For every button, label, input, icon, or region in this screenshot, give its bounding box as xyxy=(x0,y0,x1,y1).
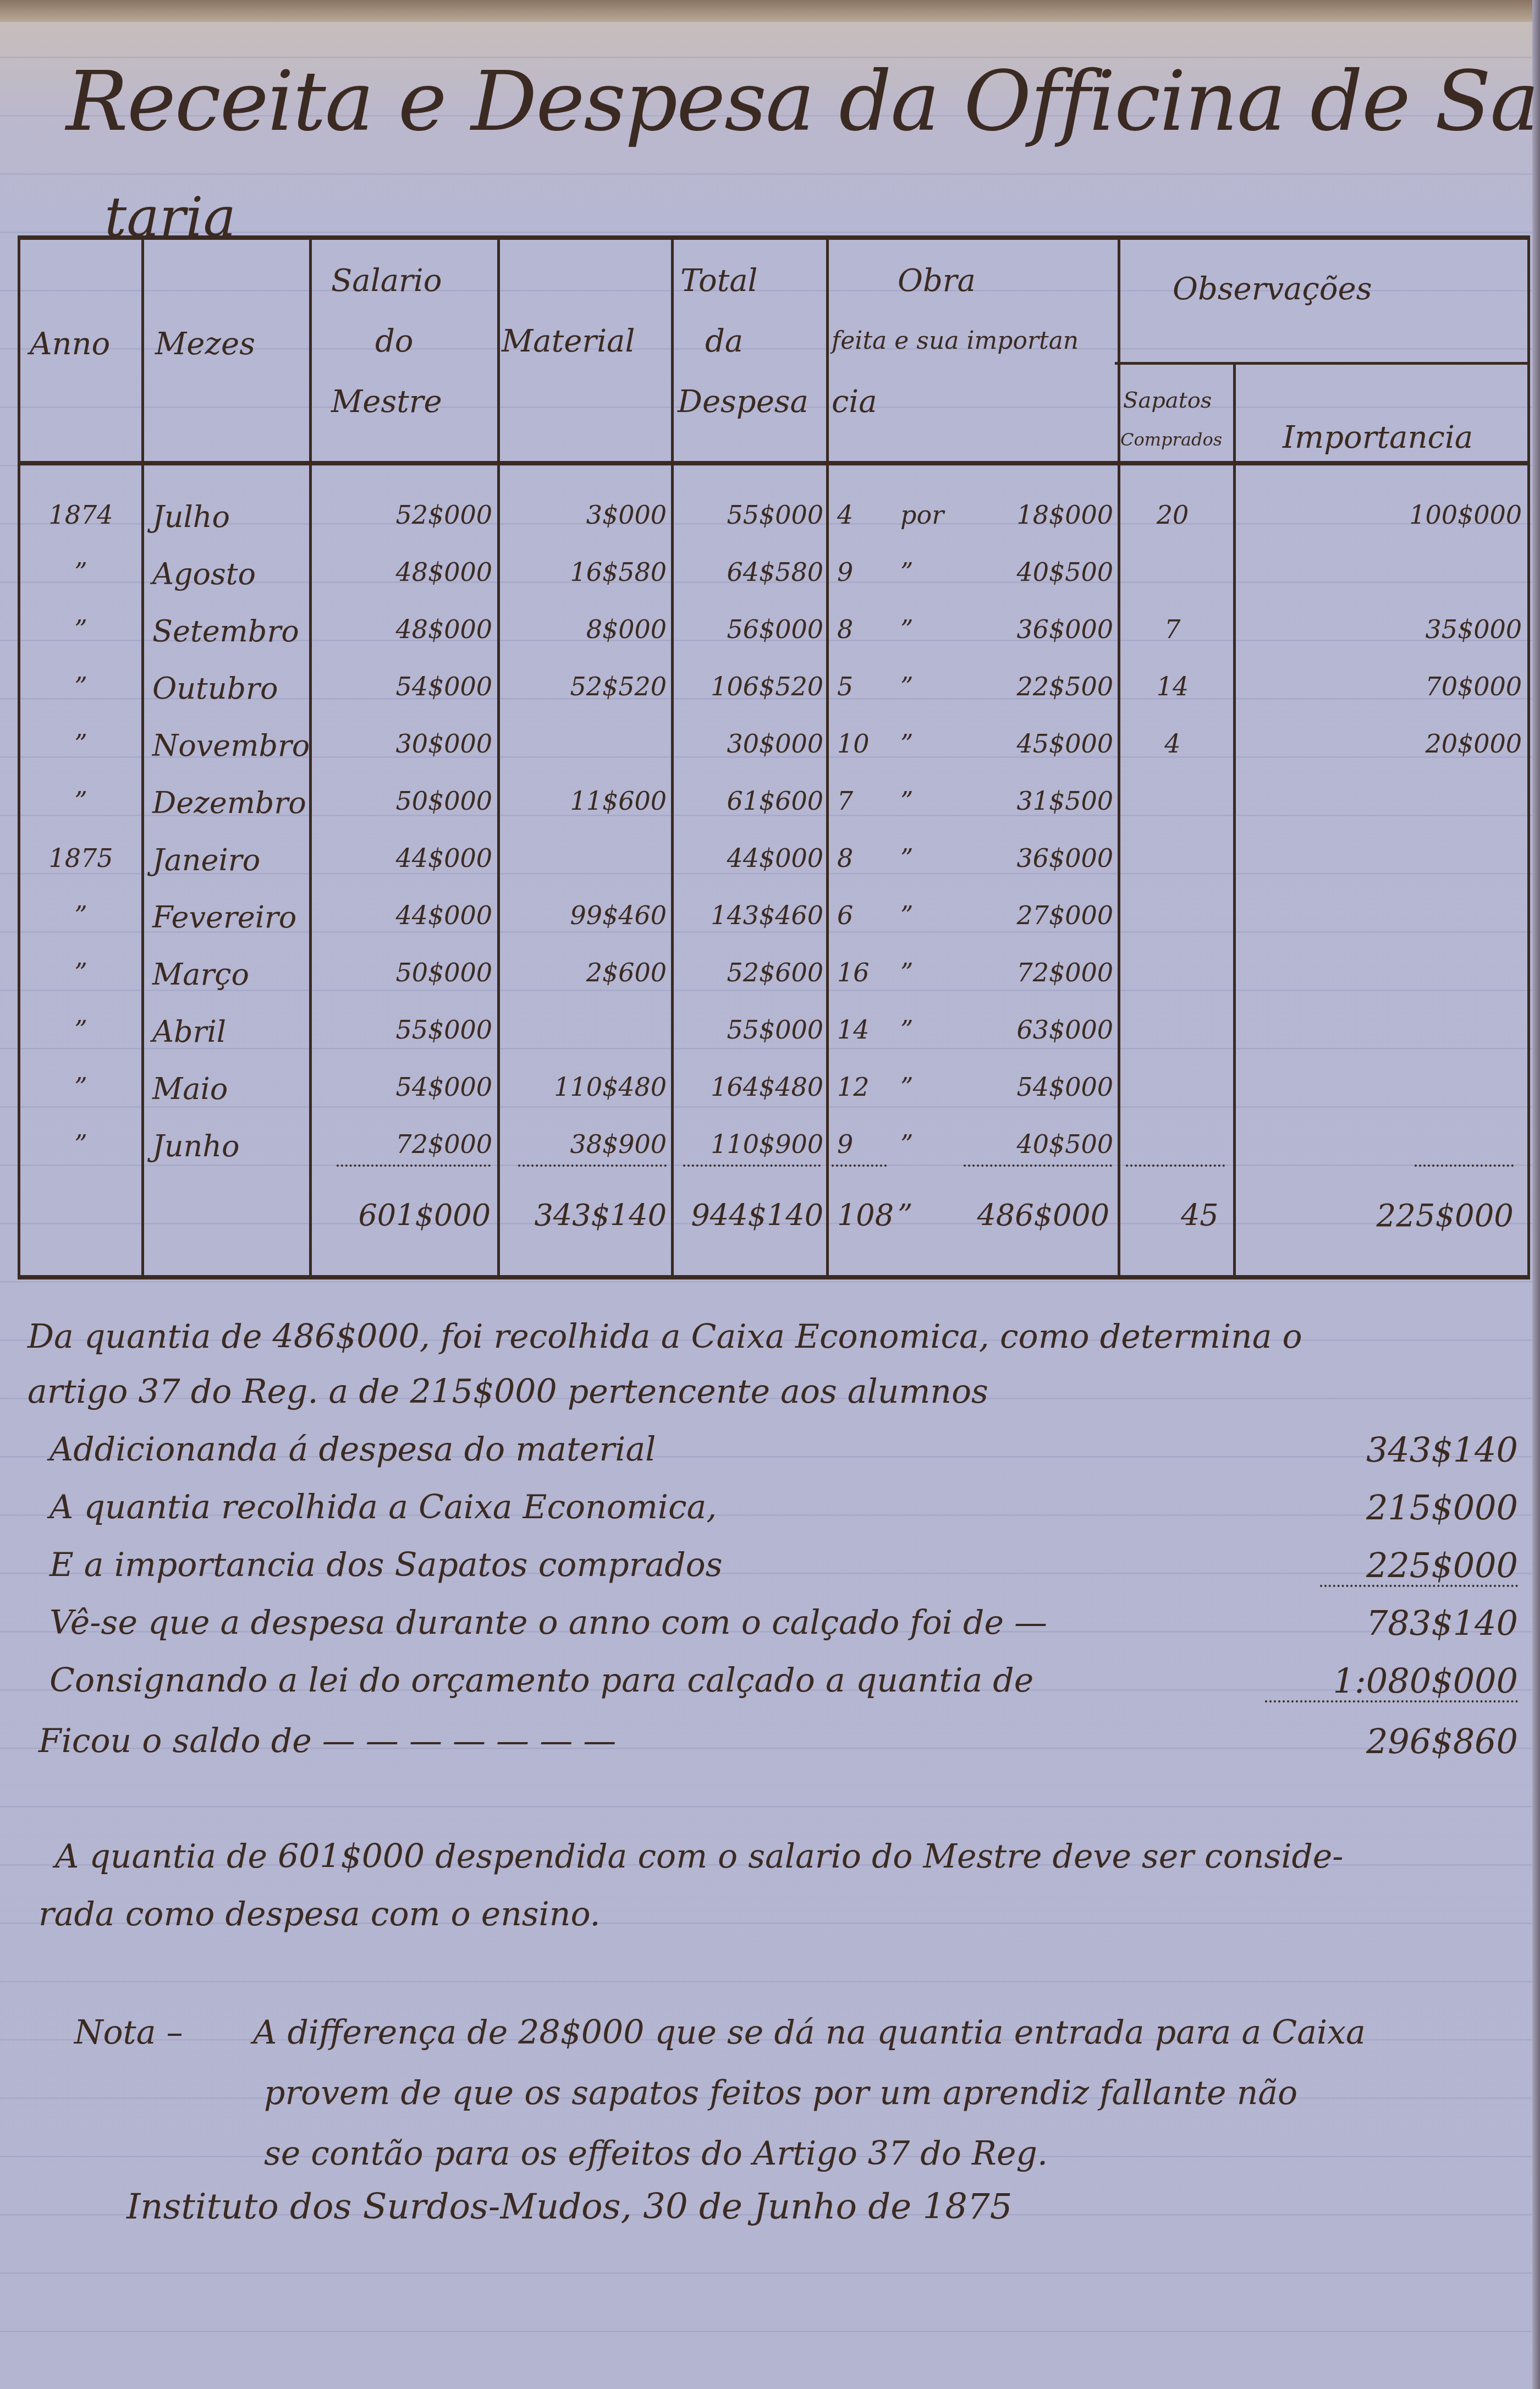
salary-note-line1: A quantia de 601$000 despendida com o sa… xyxy=(55,1840,1344,1873)
cell-obra-qtd: 10 xyxy=(837,731,881,756)
col-rule xyxy=(826,235,829,1278)
cell-material: 38$900 xyxy=(502,1132,667,1157)
cell-salario: 52$000 xyxy=(317,502,492,528)
signature-place-date: Instituto dos Surdos-Mudos, 30 de Junho … xyxy=(127,2189,1012,2225)
salary-note-line2: rada como despesa com o ensino. xyxy=(38,1898,601,1931)
cell-total: 164$480 xyxy=(675,1074,823,1100)
cell-salario: 44$000 xyxy=(317,903,492,928)
cell-anno: ” xyxy=(26,617,136,642)
cell-obra-qtd: 14 xyxy=(837,1017,881,1042)
summary-line-label: A quantia recolhida a Caixa Economica, xyxy=(50,1491,717,1524)
sum-underline xyxy=(337,1161,491,1167)
sum-underline xyxy=(964,1161,1112,1167)
cell-material: 3$000 xyxy=(502,502,667,528)
header-importancia: Importancia xyxy=(1283,422,1473,453)
cell-anno: ” xyxy=(26,731,136,756)
cell-anno: ” xyxy=(26,960,136,985)
cell-obra-sep: ” xyxy=(900,559,950,585)
cell-obra-valor: 31$500 xyxy=(953,788,1113,814)
header-obra-2: feita e sua importan xyxy=(832,329,1079,353)
cell-total: 110$900 xyxy=(675,1132,823,1157)
summary-line-label: E a importancia dos Sapatos comprados xyxy=(50,1548,723,1581)
cell-material: 16$580 xyxy=(502,559,667,585)
cell-obra-sep: ” xyxy=(900,903,950,928)
cell-material: 11$600 xyxy=(502,788,667,814)
cell-obra-qtd: 5 xyxy=(837,674,881,699)
cell-importancia: 70$000 xyxy=(1239,674,1522,699)
total-obra-qtd: 108 xyxy=(837,1201,894,1231)
sum-underline xyxy=(832,1161,887,1167)
cell-mez: Setembro xyxy=(152,617,306,646)
cell-anno: ” xyxy=(26,1017,136,1042)
header-obra-1: Obra xyxy=(898,266,976,296)
cell-obra-sep: por xyxy=(900,502,950,528)
cell-obra-sep: ” xyxy=(900,845,950,871)
nota-line3: se contão para os effeitos do Artigo 37 … xyxy=(264,2137,1048,2170)
cell-mez: Novembro xyxy=(152,731,306,761)
summary-line-amount: 1:080$000 xyxy=(1333,1664,1518,1698)
header-salario-2: do xyxy=(375,326,414,357)
cell-obra-sep: ” xyxy=(900,788,950,814)
cell-total: 61$600 xyxy=(675,788,823,814)
cell-anno: ” xyxy=(26,559,136,585)
cell-obra-sep: ” xyxy=(900,1074,950,1100)
cell-obra-qtd: 7 xyxy=(837,788,881,814)
cell-material: 52$520 xyxy=(502,674,667,699)
summary-line-label: Vê-se que a despesa durante o anno com o… xyxy=(50,1606,1047,1639)
cell-mez: Maio xyxy=(152,1074,306,1104)
cell-obra-sep: ” xyxy=(900,674,950,699)
cell-material: 2$600 xyxy=(502,960,667,985)
cell-sapatos: 14 xyxy=(1123,674,1222,699)
cell-mez: Dezembro xyxy=(152,788,306,818)
header-salario-1: Salario xyxy=(331,266,442,296)
cell-salario: 48$000 xyxy=(317,617,492,642)
cell-importancia: 100$000 xyxy=(1239,502,1522,528)
header-salario-3: Mestre xyxy=(331,387,442,418)
cell-material: 99$460 xyxy=(502,903,667,928)
sum-underline xyxy=(683,1161,821,1167)
cell-obra-qtd: 9 xyxy=(837,559,881,585)
cell-salario: 72$000 xyxy=(317,1132,492,1157)
observacoes-sub-rule xyxy=(1115,362,1530,365)
summary-line-label: Ficou o saldo de — — — — — — — xyxy=(38,1725,616,1758)
cell-anno: 1874 xyxy=(26,502,136,528)
total-obra-valor: 486$000 xyxy=(953,1201,1109,1231)
summary-line-amount: 215$000 xyxy=(1366,1491,1518,1525)
col-rule xyxy=(1233,362,1236,1278)
cell-material: 110$480 xyxy=(502,1074,667,1100)
cell-material: 8$000 xyxy=(502,617,667,642)
sum-underline xyxy=(1415,1161,1514,1167)
cell-obra-sep: ” xyxy=(900,1132,950,1157)
summary-line-amount: 296$860 xyxy=(1366,1725,1518,1759)
cell-anno: ” xyxy=(26,1132,136,1157)
cell-obra-qtd: 6 xyxy=(837,903,881,928)
cell-obra-sep: ” xyxy=(900,960,950,985)
cell-salario: 48$000 xyxy=(317,559,492,585)
cell-obra-valor: 45$000 xyxy=(953,731,1113,756)
cell-mez: Fevereiro xyxy=(152,903,306,932)
cell-total: 30$000 xyxy=(675,731,823,756)
total-salario: 601$000 xyxy=(326,1201,491,1231)
col-rule xyxy=(497,235,500,1278)
header-anno: Anno xyxy=(30,329,110,360)
summary-line-amount: 225$000 xyxy=(1366,1548,1518,1583)
page-top-stain xyxy=(0,0,1540,22)
header-obra-3: cia xyxy=(832,387,877,418)
col-rule xyxy=(671,235,674,1278)
cell-anno: ” xyxy=(26,903,136,928)
summary-intro-line2: artigo 37 do Reg. a de 215$000 pertencen… xyxy=(28,1375,988,1408)
header-sapatos-1: Sapatos xyxy=(1123,389,1212,411)
col-rule xyxy=(141,235,144,1278)
cell-mez: Abril xyxy=(152,1017,306,1047)
total-obra-sep: ” xyxy=(898,1201,913,1231)
cell-obra-sep: ” xyxy=(900,731,950,756)
cell-total: 56$000 xyxy=(675,617,823,642)
cell-salario: 44$000 xyxy=(317,845,492,871)
header-material: Material xyxy=(502,326,635,357)
col-rule xyxy=(18,235,20,1278)
sum-underline xyxy=(1126,1161,1225,1167)
cell-obra-valor: 54$000 xyxy=(953,1074,1113,1100)
cell-total: 52$600 xyxy=(675,960,823,985)
cell-anno: ” xyxy=(26,674,136,699)
cell-obra-valor: 63$000 xyxy=(953,1017,1113,1042)
cell-mez: Outubro xyxy=(152,674,306,704)
cell-anno: 1875 xyxy=(26,845,136,871)
col-rule xyxy=(1118,235,1120,1278)
nota-label: Nota – xyxy=(74,2016,183,2049)
header-sapatos-2: Comprados xyxy=(1120,431,1222,448)
cell-obra-qtd: 8 xyxy=(837,845,881,871)
cell-mez: Março xyxy=(152,960,306,990)
summary-line-amount: 343$140 xyxy=(1366,1433,1518,1467)
cell-obra-sep: ” xyxy=(900,1017,950,1042)
cell-obra-valor: 72$000 xyxy=(953,960,1113,985)
summary-intro-line1: Da quantia de 486$000, foi recolhida a C… xyxy=(28,1320,1302,1353)
cell-importancia: 20$000 xyxy=(1239,731,1522,756)
page-title: Receita e Despesa da Officina de Sapa- xyxy=(66,61,1540,143)
total-material: 343$140 xyxy=(502,1201,667,1231)
cell-total: 64$580 xyxy=(675,559,823,585)
cell-mez: Janeiro xyxy=(152,845,306,875)
cell-mez: Junho xyxy=(152,1132,306,1161)
cell-importancia: 35$000 xyxy=(1239,617,1522,642)
cell-obra-valor: 36$000 xyxy=(953,845,1113,871)
total-sapatos: 45 xyxy=(1181,1201,1219,1231)
cell-obra-qtd: 12 xyxy=(837,1074,881,1100)
table-bottom-rule xyxy=(18,1275,1530,1279)
ledger-table: Anno Mezes Salario do Mestre Material To… xyxy=(18,235,1530,1278)
header-bottom-rule xyxy=(18,461,1530,465)
cell-total: 55$000 xyxy=(675,502,823,528)
summary-line-amount: 783$140 xyxy=(1366,1606,1518,1640)
cell-obra-valor: 27$000 xyxy=(953,903,1113,928)
cell-sapatos: 7 xyxy=(1123,617,1222,642)
nota-line1: A differença de 28$000 que se dá na quan… xyxy=(253,2016,1366,2049)
nota-line2: provem de que os sapatos feitos por um a… xyxy=(264,2077,1297,2110)
cell-total: 143$460 xyxy=(675,903,823,928)
header-total-1: Total xyxy=(680,266,758,296)
sum-underline xyxy=(1320,1581,1518,1587)
col-rule xyxy=(1527,235,1530,1278)
cell-obra-valor: 40$500 xyxy=(953,1132,1113,1157)
cell-salario: 50$000 xyxy=(317,960,492,985)
summary-line-label: Addicionanda á despesa do material xyxy=(50,1433,656,1466)
cell-anno: ” xyxy=(26,788,136,814)
cell-obra-qtd: 9 xyxy=(837,1132,881,1157)
page-edge xyxy=(1532,0,1540,2389)
total-despesa: 944$140 xyxy=(675,1201,823,1231)
cell-obra-sep: ” xyxy=(900,617,950,642)
cell-anno: ” xyxy=(26,1074,136,1100)
header-total-3: Despesa xyxy=(678,387,809,418)
cell-salario: 50$000 xyxy=(317,788,492,814)
cell-total: 106$520 xyxy=(675,674,823,699)
cell-obra-qtd: 4 xyxy=(837,502,881,528)
cell-sapatos: 4 xyxy=(1123,731,1222,756)
cell-obra-valor: 36$000 xyxy=(953,617,1113,642)
cell-obra-valor: 22$500 xyxy=(953,674,1113,699)
cell-mez: Agosto xyxy=(152,559,306,589)
cell-obra-valor: 40$500 xyxy=(953,559,1113,585)
cell-mez: Julho xyxy=(152,502,306,532)
summary-line-label: Consignando a lei do orçamento para calç… xyxy=(50,1664,1033,1697)
cell-salario: 55$000 xyxy=(317,1017,492,1042)
cell-total: 44$000 xyxy=(675,845,823,871)
cell-total: 55$000 xyxy=(675,1017,823,1042)
cell-salario: 30$000 xyxy=(317,731,492,756)
sum-underline xyxy=(518,1161,667,1167)
cell-obra-qtd: 8 xyxy=(837,617,881,642)
header-mezes: Mezes xyxy=(155,329,255,360)
sum-underline xyxy=(1265,1697,1518,1702)
total-importancia: 225$000 xyxy=(1338,1201,1514,1232)
cell-salario: 54$000 xyxy=(317,674,492,699)
header-observacoes: Observações xyxy=(1173,274,1372,305)
cell-obra-valor: 18$000 xyxy=(953,502,1113,528)
cell-sapatos: 20 xyxy=(1123,502,1222,528)
cell-salario: 54$000 xyxy=(317,1074,492,1100)
table-top-rule xyxy=(18,235,1530,240)
cell-obra-qtd: 16 xyxy=(837,960,881,985)
header-total-2: da xyxy=(705,326,743,357)
